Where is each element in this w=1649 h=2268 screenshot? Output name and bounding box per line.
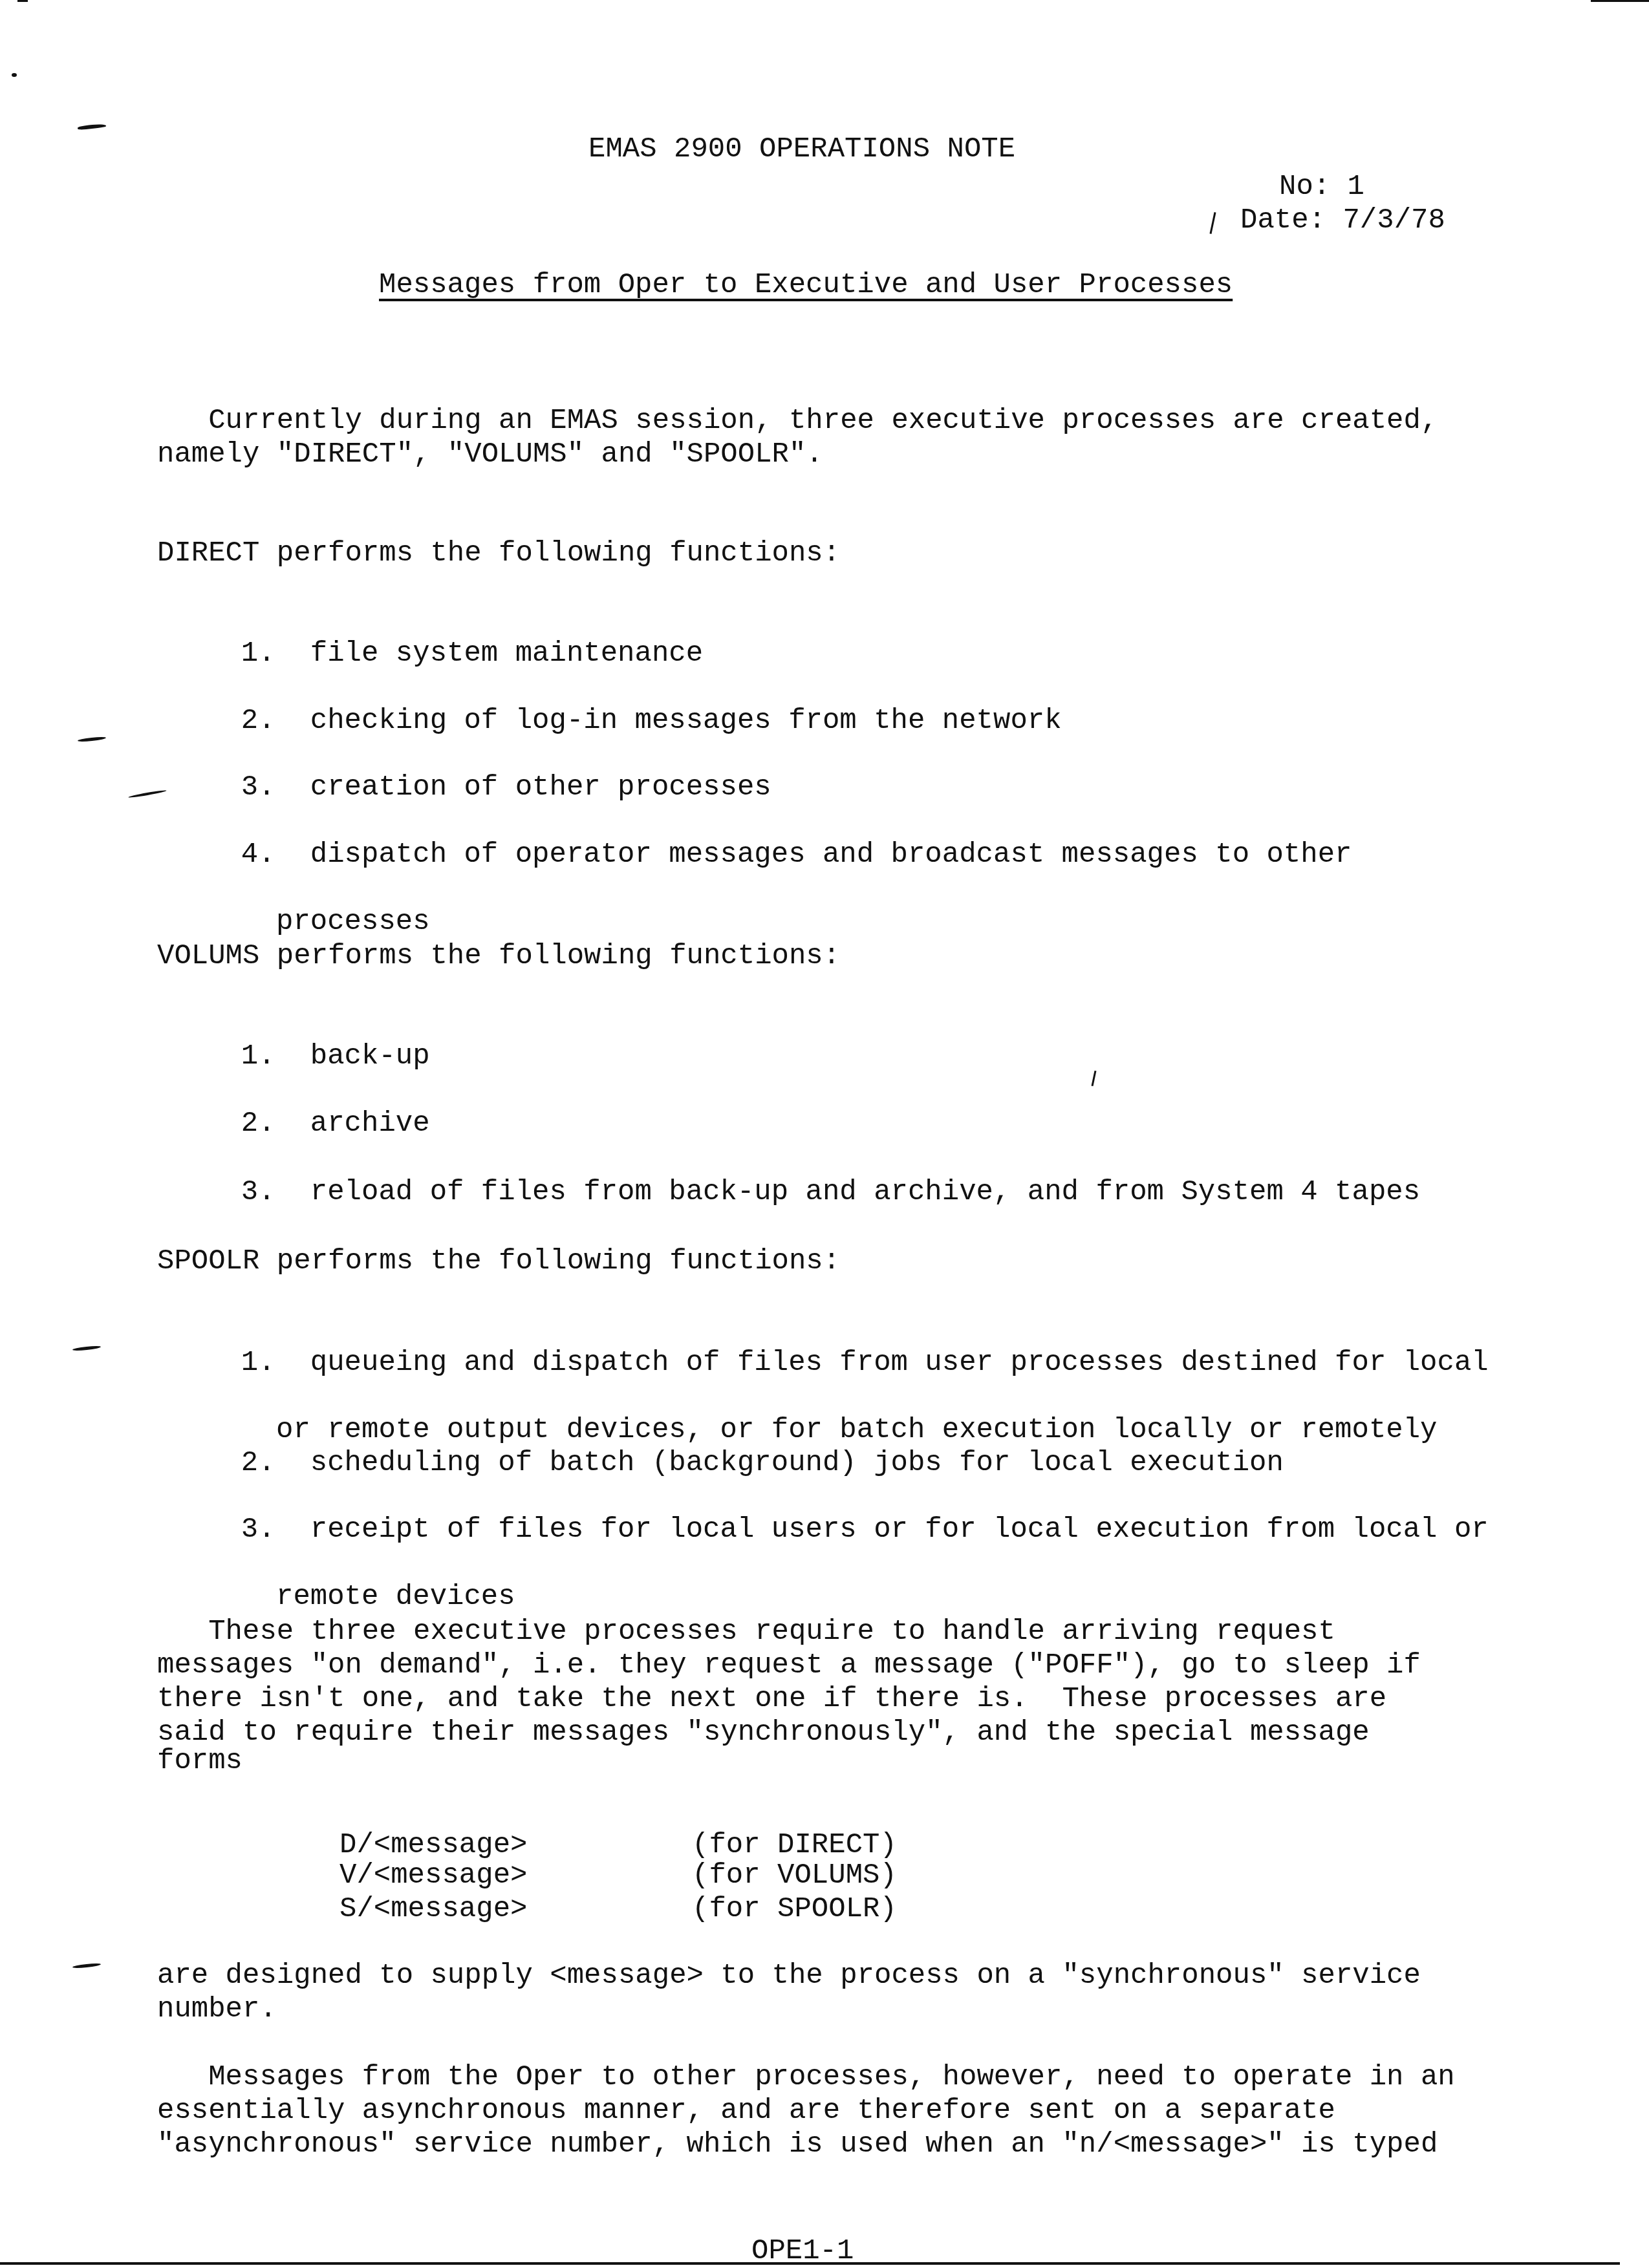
top-edge-mark-left xyxy=(17,0,28,2)
scan-mark xyxy=(1209,212,1216,234)
message-form-row: S/<message>(for SPOOLR) xyxy=(339,1892,897,1926)
list-item: 1.back-up xyxy=(207,1006,430,1073)
list-text-continued: processes xyxy=(207,905,1352,939)
list-number: 2. xyxy=(241,1446,310,1480)
text-line: "asynchronous" service number, which is … xyxy=(157,2128,1483,2161)
section-heading-spoolr: SPOOLR performs the following functions: xyxy=(157,1245,840,1278)
sync-paragraph: These three executive processes require … xyxy=(157,1615,1483,1778)
message-form-code: V/<message> xyxy=(339,1859,692,1892)
list-number: 1. xyxy=(241,1346,310,1380)
list-text: creation of other processes xyxy=(310,771,771,804)
list-text: receipt of files for local users or for … xyxy=(310,1514,1489,1546)
list-item: 2.checking of log-in messages from the n… xyxy=(207,670,1062,738)
text-line: Messages from the Oper to other processe… xyxy=(157,2060,1483,2094)
list-text: queueing and dispatch of files from user… xyxy=(310,1347,1489,1379)
list-number: 1. xyxy=(241,637,310,670)
list-number: 3. xyxy=(241,1175,310,1209)
message-form-row: D/<message>(for DIRECT) xyxy=(339,1828,897,1862)
list-number: 2. xyxy=(241,704,310,738)
section-heading-volums: VOLUMS performs the following functions: xyxy=(157,939,840,973)
list-item: 3.creation of other processes xyxy=(207,737,771,804)
list-text: dispatch of operator messages and broadc… xyxy=(310,839,1352,871)
text-line: number. xyxy=(157,1993,1483,2026)
list-text: archive xyxy=(310,1107,430,1140)
message-form-target: (for SPOOLR) xyxy=(692,1893,897,1925)
list-text: file system maintenance xyxy=(310,637,703,670)
text-line: These three executive processes require … xyxy=(157,1615,1483,1649)
message-form-row: V/<message>(for VOLUMS) xyxy=(339,1859,897,1892)
note-date: Date: 7/3/78 xyxy=(1240,204,1445,237)
async-paragraph: Messages from the Oper to other processe… xyxy=(157,2060,1483,2161)
intro-paragraph: Currently during an EMAS session, three … xyxy=(157,404,1483,471)
scan-mark xyxy=(128,789,167,798)
text-line: Currently during an EMAS session, three … xyxy=(157,404,1483,438)
list-number: 1. xyxy=(241,1040,310,1073)
list-number: 3. xyxy=(241,1513,310,1546)
note-number: No: 1 xyxy=(1279,170,1364,204)
text-line: there isn't one, and take the next one i… xyxy=(157,1682,1483,1716)
list-number: 4. xyxy=(241,838,310,872)
top-edge-mark-right xyxy=(1591,0,1649,2)
list-text: scheduling of batch (background) jobs fo… xyxy=(310,1447,1284,1479)
list-text-continued: remote devices xyxy=(207,1580,1489,1614)
scan-speck xyxy=(12,73,17,77)
message-form-code: S/<message> xyxy=(339,1892,692,1926)
designed-paragraph: are designed to supply <message> to the … xyxy=(157,1959,1483,2026)
scan-mark xyxy=(72,1963,101,1969)
message-form-target: (for DIRECT) xyxy=(692,1829,897,1861)
bottom-rule xyxy=(0,2262,1620,2265)
list-number: 2. xyxy=(241,1107,310,1140)
list-item: 2.archive xyxy=(207,1073,430,1140)
text-line: are designed to supply <message> to the … xyxy=(157,1959,1483,1993)
document-subtitle: Messages from Oper to Executive and User… xyxy=(379,268,1233,302)
scan-mark xyxy=(72,1345,101,1352)
list-number: 3. xyxy=(241,771,310,804)
list-text: reload of files from back-up and archive… xyxy=(310,1176,1420,1208)
scan-mark xyxy=(78,123,106,131)
list-item: 2.scheduling of batch (background) jobs … xyxy=(207,1413,1284,1480)
list-item: 1.file system maintenance xyxy=(207,603,703,670)
list-text: back-up xyxy=(310,1040,430,1073)
section-heading-direct: DIRECT performs the following functions: xyxy=(157,537,840,570)
message-forms-table: D/<message>(for DIRECT) V/<message>(for … xyxy=(339,1828,897,1926)
document-title: EMAS 2900 OPERATIONS NOTE xyxy=(588,133,1015,166)
text-line: essentially asynchronous manner, and are… xyxy=(157,2094,1483,2128)
message-form-code: D/<message> xyxy=(339,1828,692,1862)
message-form-target: (for VOLUMS) xyxy=(692,1859,897,1892)
text-line: said to require their messages "synchron… xyxy=(157,1716,1483,1749)
list-text: checking of log-in messages from the net… xyxy=(310,705,1062,737)
text-line: namely "DIRECT", "VOLUMS" and "SPOOLR". xyxy=(157,438,1483,471)
scan-mark xyxy=(78,736,106,743)
scan-mark xyxy=(1092,1071,1097,1086)
text-line: messages "on demand", i.e. they request … xyxy=(157,1649,1483,1682)
list-item: 3.reload of files from back-up and archi… xyxy=(207,1142,1420,1209)
